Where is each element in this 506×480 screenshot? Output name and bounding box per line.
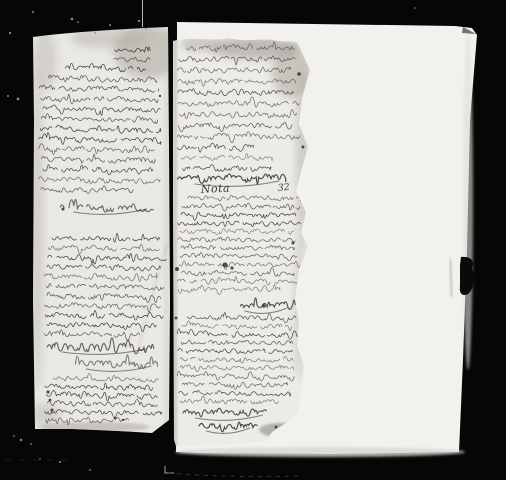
ink-blot bbox=[230, 266, 233, 269]
ink-blot bbox=[292, 242, 295, 245]
blank-folio-bottom-shadow bbox=[175, 447, 465, 457]
ink-blot bbox=[114, 417, 117, 420]
blank-folio-edge-shadow bbox=[463, 30, 473, 370]
ink-blot bbox=[275, 426, 278, 429]
ink-blot bbox=[62, 208, 65, 211]
right-manuscript-page: Nota 32 bbox=[173, 37, 312, 446]
ink-blot bbox=[175, 317, 178, 320]
ink-blot bbox=[51, 409, 54, 412]
ink-blot bbox=[262, 304, 266, 308]
ink-blot bbox=[297, 72, 301, 76]
ink-blot bbox=[46, 390, 49, 393]
folio-number: 32 bbox=[277, 182, 290, 194]
ink-blot bbox=[49, 399, 52, 402]
ink-blot bbox=[159, 95, 161, 97]
ink-blot bbox=[122, 419, 124, 421]
left-manuscript-page bbox=[29, 26, 182, 433]
ink-blot bbox=[223, 263, 228, 268]
nota-annotation: Nota bbox=[199, 181, 230, 196]
scan-canvas: Nota 32 bbox=[0, 0, 506, 480]
ink-blot bbox=[175, 267, 179, 271]
manuscript-scan: Nota 32 bbox=[0, 0, 506, 480]
ink-blot bbox=[302, 146, 305, 149]
